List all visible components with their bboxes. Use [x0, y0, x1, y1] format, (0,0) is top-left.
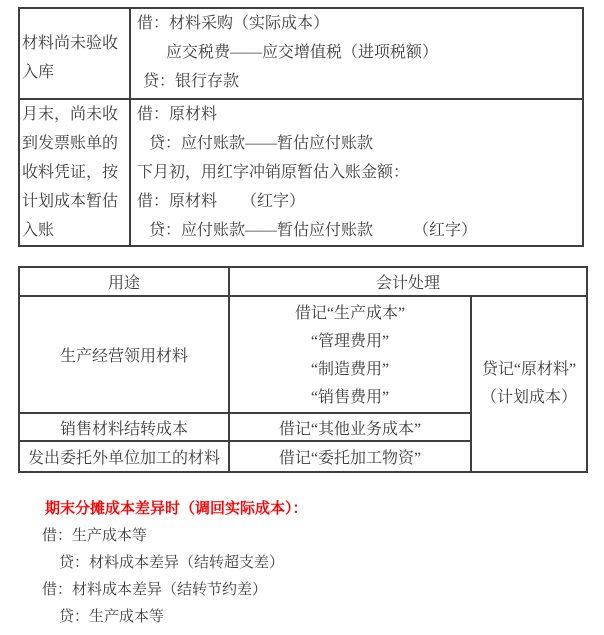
note-entry-line: 借：生产成本等: [42, 523, 308, 550]
entry-line: 贷：银行存款: [137, 67, 582, 96]
entry-line: 下月初，用红字冲销原暂估入账金额：: [137, 158, 582, 187]
scenario-line: 材料尚未验收: [22, 29, 129, 58]
journal-entries-table: 材料尚未验收 入库 借：材料采购（实际成本） 应交税费——应交增值税（进项税额）…: [18, 7, 584, 247]
table-row: 生产经营领用材料 借记“生产成本” “管理费用” “制造费用” “销售费用” 贷…: [19, 296, 587, 413]
usage-header-cell: 用途: [19, 267, 229, 296]
entries-cell: 借：原材料 贷：应付账款——暂估应付账款 下月初，用红字冲销原暂估入账金额： 借…: [131, 100, 582, 245]
table-row: 月末，尚未收 到发票账单的 收料凭证，按 计划成本暂估 入账 借：原材料 贷：应…: [20, 100, 582, 245]
credit-line: （计划成本）: [472, 384, 586, 412]
debit-line: 借记“生产成本”: [230, 300, 470, 328]
variance-notes-section: 期末分摊成本差异时（调回实际成本）： 借：生产成本等 贷：材料成本差异（结转超支…: [42, 496, 308, 631]
scenario-line: 入账: [22, 216, 129, 245]
usage-cell: 销售材料结转成本: [19, 413, 229, 441]
scenario-line: 月末，尚未收: [22, 100, 129, 129]
credit-line: 贷记“原材料”: [472, 356, 586, 384]
entry-line: 借：材料采购（实际成本）: [137, 9, 582, 38]
debit-line: “销售费用”: [230, 384, 470, 412]
note-entry-line: 贷：生产成本等: [42, 604, 308, 631]
debit-line: “制造费用”: [230, 356, 470, 384]
scenario-line: 收料凭证，按: [22, 158, 129, 187]
debit-cell: 借记“其他业务成本”: [229, 413, 471, 441]
entry-line: 应交税费——应交增值税（进项税额）: [137, 38, 582, 67]
table-header-row: 用途 会计处理: [19, 267, 587, 296]
note-entry-line: 贷：材料成本差异（结转超支差）: [42, 550, 308, 577]
treatment-header-cell: 会计处理: [229, 267, 587, 296]
scenario-cell-unreceived-materials: 材料尚未验收 入库: [20, 9, 131, 98]
usage-cell: 发出委托外单位加工的材料: [19, 441, 229, 472]
entry-line: 贷：应付账款——暂估应付账款 （红字）: [137, 216, 582, 245]
entry-line: 借：原材料 （红字）: [137, 187, 582, 216]
debit-cell: 借记“生产成本” “管理费用” “制造费用” “销售费用”: [229, 296, 471, 413]
usage-treatment-table: 用途 会计处理 生产经营领用材料 借记“生产成本” “管理费用” “制造费用” …: [18, 266, 588, 473]
table-row: 材料尚未验收 入库 借：材料采购（实际成本） 应交税费——应交增值税（进项税额）…: [20, 9, 582, 100]
scenario-line: 到发票账单的: [22, 129, 129, 158]
usage-cell: 生产经营领用材料: [19, 296, 229, 413]
entries-cell: 借：材料采购（实际成本） 应交税费——应交增值税（进项税额） 贷：银行存款: [131, 9, 582, 98]
variance-notes-title: 期末分摊成本差异时（调回实际成本）：: [42, 496, 308, 523]
scenario-line: 入库: [22, 58, 129, 87]
entry-line: 借：原材料: [137, 100, 582, 129]
scenario-cell-month-end-accrual: 月末，尚未收 到发票账单的 收料凭证，按 计划成本暂估 入账: [20, 100, 131, 245]
debit-cell: 借记“委托加工物资”: [229, 441, 471, 472]
note-entry-line: 借：材料成本差异（结转节约差）: [42, 577, 308, 604]
document-page: 材料尚未验收 入库 借：材料采购（实际成本） 应交税费——应交增值税（进项税额）…: [0, 0, 604, 635]
scenario-line: 计划成本暂估: [22, 187, 129, 216]
credit-cell: 贷记“原材料” （计划成本）: [471, 296, 587, 472]
entry-line: 贷：应付账款——暂估应付账款: [137, 129, 582, 158]
debit-line: “管理费用”: [230, 328, 470, 356]
